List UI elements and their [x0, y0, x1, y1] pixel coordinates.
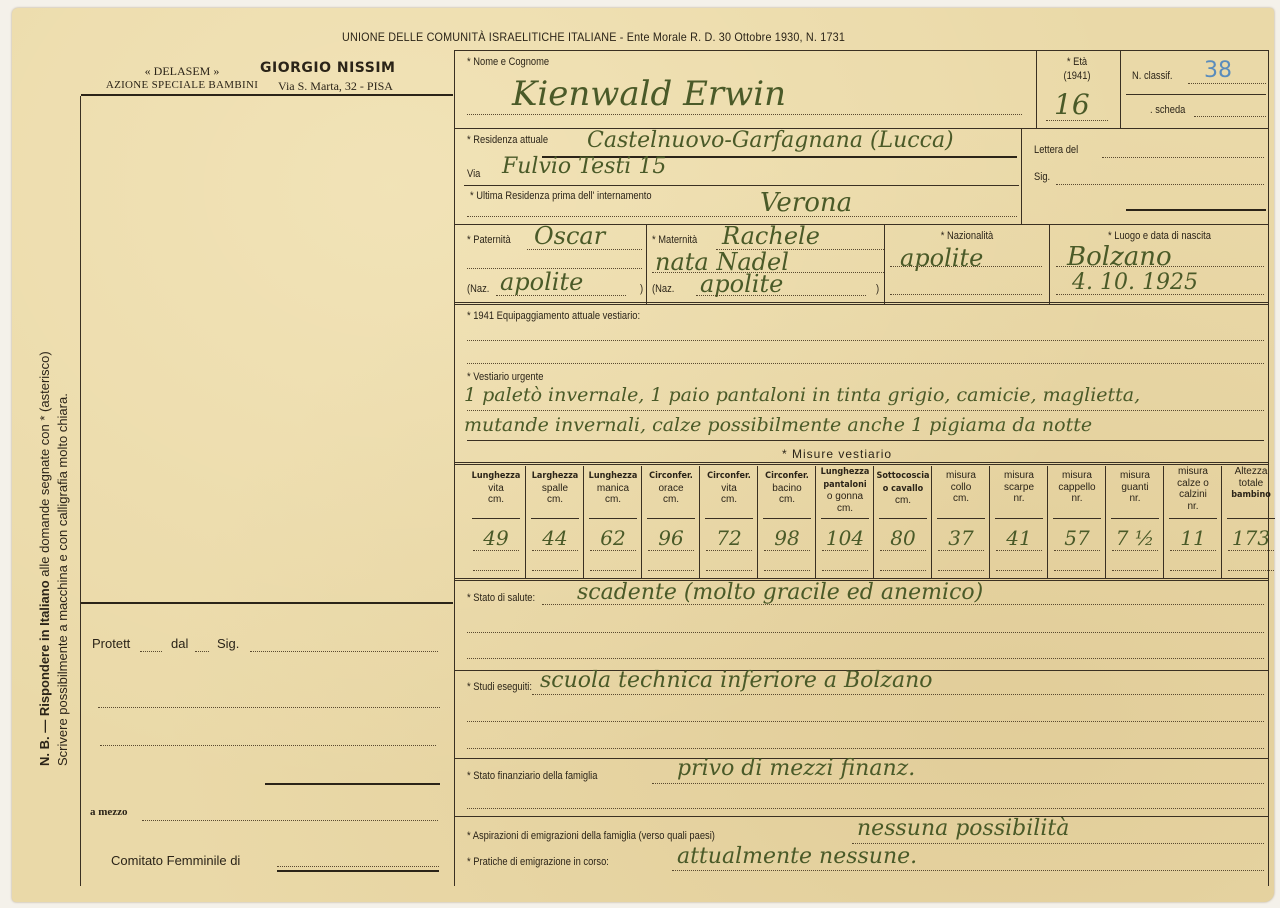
health-value[interactable]: scadente (molto gracile ed anemico) [577, 580, 983, 605]
measure-col: misuracalze o calzininr. 11 [1163, 466, 1222, 578]
org-title: UNIONE DELLE COMUNITÀ ISRAELITICHE ITALI… [342, 30, 845, 44]
health-label: * Stato di salute: [467, 592, 535, 604]
nascita-line-2 [1056, 294, 1264, 295]
measure-unit: cm. [488, 494, 504, 505]
measure-value[interactable]: 41 [990, 526, 1048, 550]
measure-h2: totale [1239, 478, 1263, 489]
measure-unit: cm. [895, 495, 911, 506]
studies-line-2[interactable] [467, 721, 1264, 722]
measure-unit: nr. [1013, 493, 1024, 504]
measures-title: * Misure vestiario [782, 447, 892, 461]
health-line-1 [542, 604, 1264, 605]
measure-unit: cm. [663, 494, 679, 505]
comitato-rule [277, 870, 439, 872]
measure-unit: cm. [953, 493, 969, 504]
pratiche-label: * Pratiche di emigrazione in corso: [467, 856, 609, 868]
measure-h1: Altezza [1235, 466, 1268, 477]
measure-h2: orace [658, 483, 683, 494]
nazionalita-line [890, 266, 1042, 267]
delasem-title: « DELASEM » [102, 64, 262, 79]
signature-rule [265, 783, 440, 785]
finance-value[interactable]: privo di mezzi finanz. [677, 756, 915, 781]
last-residence-line [467, 216, 1017, 217]
delasem-subtitle: AZIONE SPECIALE BAMBINI [92, 79, 272, 91]
maternita-naz-value[interactable]: apolite [700, 270, 783, 298]
maternita-divider [884, 224, 885, 304]
nascita-luogo[interactable]: Bolzano [1067, 242, 1172, 272]
lettera-divider [1021, 128, 1022, 224]
scheda-label: . scheda [1150, 104, 1185, 116]
name-label: * Nome e Cognome [467, 56, 549, 68]
measure-unit: nr. [1187, 501, 1198, 512]
measure-value[interactable]: 96 [642, 526, 700, 550]
maternita-naz-line [696, 295, 866, 296]
age-value[interactable]: 16 [1054, 88, 1090, 121]
classif-divider [1120, 50, 1121, 128]
classif-value[interactable]: 38 [1204, 58, 1232, 83]
nb-suffix: alle domande segnate con * (asterisco) [37, 351, 52, 580]
maternita-value[interactable]: Rachele [722, 222, 820, 250]
measure-value[interactable]: 173 [1222, 526, 1280, 550]
nb-bold: Italiano [37, 580, 52, 626]
a-mezzo-field[interactable] [142, 820, 438, 821]
last-residence-value[interactable]: Verona [760, 188, 852, 218]
measure-col: Altezzatotalebambino 173 [1221, 466, 1280, 578]
age-year-label: (1941) [1047, 70, 1107, 82]
measure-value[interactable]: 98 [758, 526, 816, 550]
measure-unit: cm. [547, 494, 563, 505]
equip-line-2[interactable] [467, 363, 1264, 364]
comitato-field[interactable] [277, 866, 439, 867]
lettera-sig-label: Sig. [1034, 171, 1050, 183]
lettera-sig-field[interactable] [1056, 184, 1264, 185]
measure-value[interactable]: 72 [700, 526, 758, 550]
age-line [1046, 120, 1108, 121]
measure-unit: nr. [1071, 493, 1082, 504]
health-line-3[interactable] [467, 658, 1264, 659]
measure-col: Lunghezzamanicacm. 62 [583, 466, 642, 578]
measure-value[interactable]: 7 ½ [1106, 526, 1164, 550]
finance-line-2[interactable] [467, 808, 1264, 809]
maternita-label: * Maternità [652, 234, 697, 246]
measure-h2: scarpe [1004, 482, 1034, 493]
scheda-field[interactable] [1194, 116, 1266, 117]
measure-value[interactable]: 37 [932, 526, 990, 550]
nb-prefix: N. B. — Rispondere in [37, 626, 52, 766]
measure-h1: Lunghezza [472, 471, 521, 481]
via-rule [464, 185, 1019, 186]
measure-col: Lunghezza pantalonio gonnacm. 104 [815, 466, 874, 578]
measure-h2: manica [597, 483, 629, 494]
finance-line-1 [652, 783, 1264, 784]
sig-label: Sig. [217, 636, 239, 651]
pratiche-line [672, 870, 1264, 871]
residence-label: * Residenza attuale [467, 134, 548, 146]
urgent-label: * Vestiario urgente [467, 371, 543, 383]
measure-value[interactable]: 104 [816, 526, 874, 550]
side-note-line2: Scrivere possibilmente a macchina e con … [55, 393, 70, 766]
measures-table: Lunghezzavitacm. 49 Larghezzaspallecm. 4… [467, 466, 1279, 578]
measure-h1: misura [1178, 466, 1208, 477]
maternita-close: ) [876, 283, 879, 295]
protett-field[interactable] [140, 651, 162, 652]
side-note-line1: N. B. — Rispondere in Italiano alle doma… [37, 351, 53, 766]
measure-h2: spalle [542, 483, 568, 494]
measure-value[interactable]: 57 [1048, 526, 1106, 550]
measure-unit: bambino [1231, 490, 1271, 500]
left-border [80, 96, 81, 886]
paternita-naz-line [496, 295, 626, 296]
studies-value[interactable]: scuola technica inferiore a Bolzano [540, 668, 933, 693]
measure-col: Sottocosciao cavallocm. 80 [873, 466, 932, 578]
parents-row-rule [454, 302, 1269, 305]
measure-unit: cm. [605, 494, 621, 505]
contact-address: Via S. Marta, 32 - PISA [278, 79, 393, 94]
protett-label: Protett [92, 636, 130, 651]
measure-col: Circonfer.oracecm. 96 [641, 466, 700, 578]
pratiche-value[interactable]: attualmente nessune. [677, 844, 917, 869]
dal-field[interactable] [195, 651, 209, 652]
classif-line [1188, 83, 1266, 84]
protett-line-3[interactable] [100, 745, 436, 746]
measure-h2: collo [951, 482, 972, 493]
nazionalita-divider [1049, 224, 1050, 304]
measure-h2: calze o calzini [1177, 478, 1209, 501]
paternita-line [527, 249, 642, 250]
studies-line-3[interactable] [467, 748, 1264, 749]
measure-unit: cm. [721, 494, 737, 505]
age-divider [1036, 50, 1037, 128]
measure-col: misurascarpenr. 41 [989, 466, 1048, 578]
measure-unit: cm. [779, 494, 795, 505]
measure-h1: Circonfer. [765, 471, 809, 481]
contact-name: GIORGIO NISSIM [260, 60, 395, 76]
measure-value[interactable]: 80 [874, 526, 932, 550]
panel-divider [454, 50, 455, 886]
comitato-label: Comitato Femminile di [111, 853, 240, 868]
residence-value[interactable]: Castelnuovo-Garfagnana (Lucca) [587, 128, 954, 153]
form-top-rule [454, 50, 1269, 51]
paternita-naz-value[interactable]: apolite [500, 268, 583, 296]
lettera-label: Lettera del [1034, 144, 1078, 156]
studies-label: * Studi eseguiti: [467, 681, 532, 693]
urgent-line-2[interactable]: mutande invernali, calze possibilmente a… [464, 414, 1092, 436]
last-residence-label: * Ultima Residenza prima dell' intername… [470, 190, 652, 202]
paternita-naz-label: (Naz. [467, 283, 489, 295]
maternita-naz-label: (Naz. [652, 283, 674, 295]
protett-line-2[interactable] [98, 707, 440, 708]
aspirations-value[interactable]: nessuna possibilità [857, 816, 1069, 841]
measure-unit: nr. [1129, 493, 1140, 504]
equip-label: * 1941 Equipaggiamento attuale vestiario… [467, 310, 640, 322]
nazionalita-value[interactable]: apolite [900, 244, 983, 272]
a-mezzo-label: a mezzo [90, 806, 128, 818]
measure-h2: vita [488, 483, 504, 494]
paternita-value[interactable]: Oscar [534, 222, 605, 250]
measure-h2: vita [721, 483, 737, 494]
urgent-rule-2 [467, 440, 1264, 441]
nazionalita-line-2 [890, 294, 1042, 295]
lettera-field[interactable] [1102, 157, 1264, 158]
header-rule [81, 94, 453, 96]
urgent-rule-1 [467, 410, 1264, 411]
measure-col: misuraguantinr. 7 ½ [1105, 466, 1164, 578]
measure-h2: o cavallo [883, 484, 924, 494]
measure-value[interactable]: 49 [467, 526, 525, 550]
via-label: Via [467, 168, 480, 180]
measure-value[interactable]: 62 [584, 526, 642, 550]
measure-col: misuracappellonr. 57 [1047, 466, 1106, 578]
measure-h1: Larghezza [532, 471, 579, 481]
measure-h1: Circonfer. [707, 471, 751, 481]
nascita-label: * Luogo e data di nascita [1072, 230, 1246, 242]
name-line [467, 114, 1022, 115]
aspirations-label: * Aspirazioni di emigrazioni della famig… [467, 830, 715, 842]
nascita-data[interactable]: 4. 10. 1925 [1072, 270, 1198, 295]
measure-h1: Lunghezza pantaloni [821, 467, 870, 490]
measure-h1: misura [1062, 470, 1092, 481]
classif-label: N. classif. [1132, 70, 1173, 82]
measure-h2: bacino [772, 483, 801, 494]
paternita-divider [646, 224, 647, 304]
nascita-line [1056, 266, 1264, 267]
measure-unit: cm. [837, 503, 853, 514]
classif-rule [1126, 94, 1266, 95]
measure-h2: guanti [1121, 482, 1148, 493]
studies-line-1 [532, 694, 1264, 695]
measure-h1: misura [1004, 470, 1034, 481]
urgent-line-1[interactable]: 1 paletò invernale, 1 paio pantaloni in … [464, 384, 1140, 406]
dal-label: dal [171, 636, 188, 651]
equip-line-1[interactable] [467, 340, 1264, 341]
age-label: * Età [1047, 56, 1107, 68]
via-value[interactable]: Fulvio Testi 15 [502, 154, 666, 179]
measure-h2: o gonna [827, 491, 863, 502]
measure-col: misuracollocm. 37 [931, 466, 990, 578]
measure-h1: Lunghezza [589, 471, 638, 481]
paternita-label: * Paternità [467, 234, 511, 246]
measure-h1: Sottocoscia [877, 471, 930, 481]
sig-field[interactable] [250, 651, 438, 652]
paternita-close: ) [640, 283, 643, 295]
measures-top-rule [454, 462, 1269, 465]
measure-col: Lunghezzavitacm. 49 [467, 466, 525, 578]
measure-h1: Circonfer. [649, 471, 693, 481]
health-line-2[interactable] [467, 632, 1264, 633]
lettera-rule [1126, 209, 1266, 211]
measure-col: Larghezzaspallecm. 44 [525, 466, 584, 578]
finance-label: * Stato finanziario della famiglia [467, 770, 597, 782]
measure-col: Circonfer.vitacm. 72 [699, 466, 758, 578]
registration-card: UNIONE DELLE COMUNITÀ ISRAELITICHE ITALI… [12, 8, 1274, 902]
nazionalita-label: * Nazionalità [903, 230, 1031, 242]
name-value[interactable]: Kienwald Erwin [512, 74, 786, 114]
measure-h1: misura [1120, 470, 1150, 481]
measure-col: Circonfer.bacinocm. 98 [757, 466, 816, 578]
measure-h2: cappello [1058, 482, 1095, 493]
left-panel-rule [81, 602, 453, 604]
measure-value[interactable]: 11 [1164, 526, 1222, 550]
measure-value[interactable]: 44 [526, 526, 584, 550]
measure-h1: misura [946, 470, 976, 481]
